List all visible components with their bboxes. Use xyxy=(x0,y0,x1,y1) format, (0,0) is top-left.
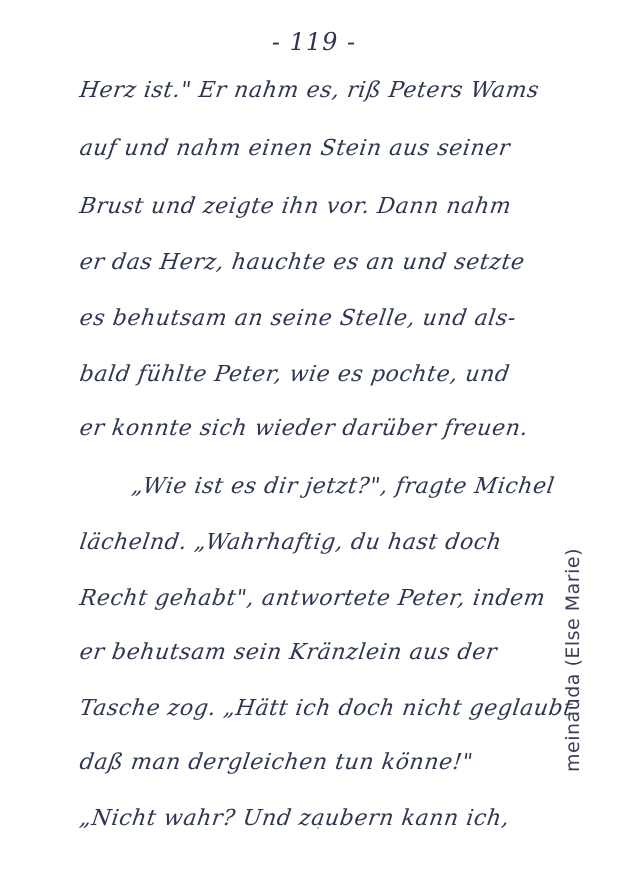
text-line-10: Recht gehabt", antwortete Peter, indem xyxy=(78,586,547,611)
text-line-3: Brust und zeigte ihn vor. Dann nahm xyxy=(78,194,513,219)
text-line-9: lächelnd. „Wahrhaftig, du hast doch xyxy=(78,530,503,555)
text-line-13: daß man dergleichen tun könne!" xyxy=(78,750,475,775)
paper-speck xyxy=(317,827,319,829)
text-line-1: Herz ist." Er nahm es, riß Peters Wams xyxy=(78,78,541,103)
text-line-11: er behutsam sein Kränzlein aus der xyxy=(78,640,499,665)
text-line-14: „Nicht wahr? Und zaubern kann ich, xyxy=(78,806,511,831)
text-line-8: „Wie ist es dir jetzt?", fragte Michel xyxy=(130,474,556,499)
manuscript-page: - 119 - Herz ist." Er nahm es, riß Peter… xyxy=(0,0,628,869)
page-number: - 119 - xyxy=(0,28,628,56)
text-line-12: Tasche zog. „Hätt ich doch nicht geglaub… xyxy=(78,696,575,721)
text-line-5: es behutsam an seine Stelle, und als- xyxy=(78,306,518,331)
text-line-2: auf und nahm einen Stein aus seiner xyxy=(78,136,512,161)
margin-annotation: meinauda (Else Marie) xyxy=(562,548,584,772)
text-line-6: bald fühlte Peter, wie es pochte, und xyxy=(78,362,511,387)
text-line-4: er das Herz, hauchte es an und setzte xyxy=(78,250,526,275)
text-line-7: er konnte sich wieder darüber freuen. xyxy=(78,416,530,441)
